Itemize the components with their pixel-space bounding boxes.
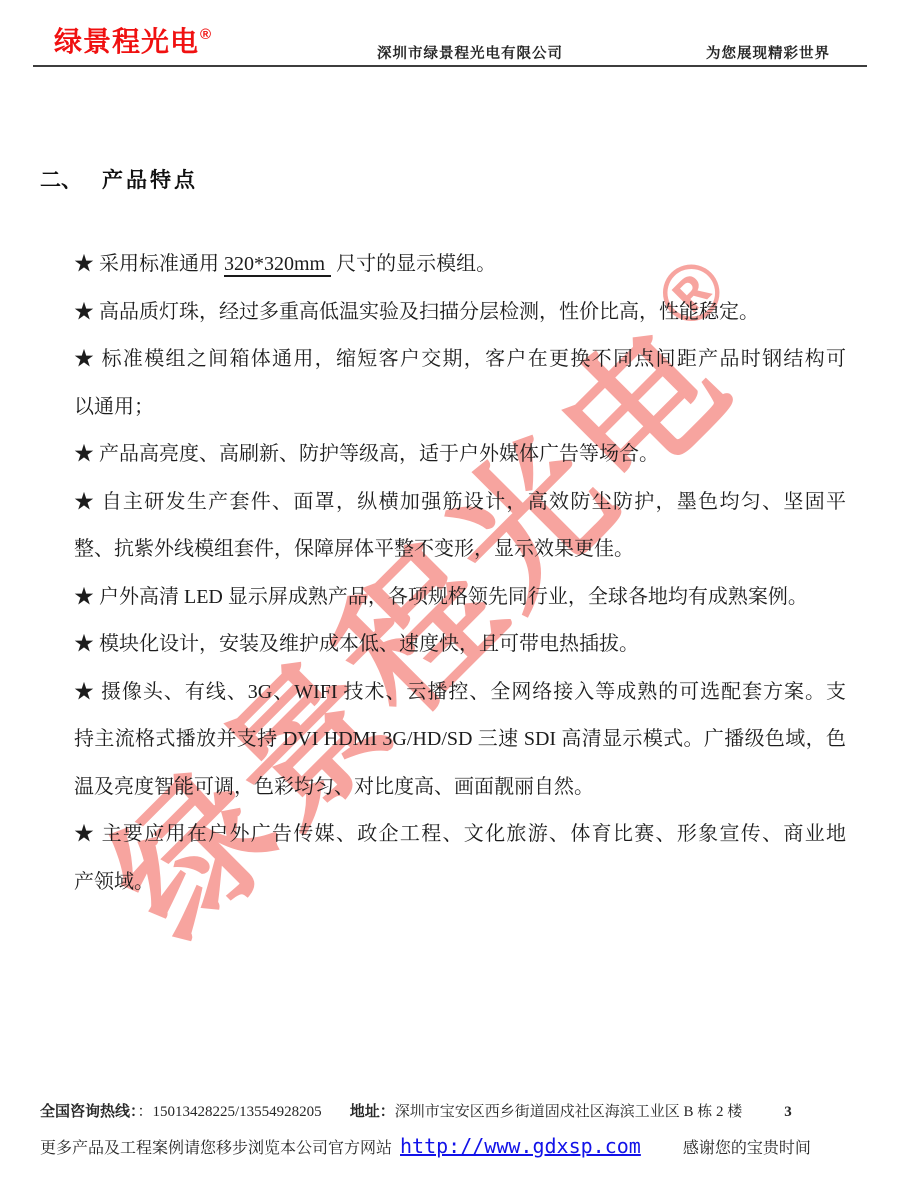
website-prompt: 更多产品及工程案例请您移步浏览本公司官方网站 <box>40 1140 392 1157</box>
feature-item-cabinet-universal-line2: 以通用； <box>74 384 846 432</box>
feature-item-modular-design: ★ 模块化设计，安装及维护成本低、速度快，且可带电热插拔。 <box>74 621 846 669</box>
underlined-dimension: 320*320mm <box>224 253 331 277</box>
feature-item-module-size: ★ 采用标准通用 320*320mm 尺寸的显示模组。 <box>74 241 846 289</box>
section-title: 二、产品特点 <box>40 164 198 194</box>
feature-item-lamp-quality: ★ 高品质灯珠，经过多重高低温实验及扫描分层检测，性价比高，性能稳定。 <box>74 289 846 337</box>
hotline-label: 全国咨询热线： <box>40 1104 138 1120</box>
feature-item-applications-line1: ★ 主要应用在户外广告传媒、政企工程、文化旅游、体育比赛、形象宣传、商业地 <box>74 811 846 859</box>
feature-item-kit-design-line1: ★ 自主研发生产套件、面罩，纵横加强筋设计，高效防尘防护，墨色均匀、坚固平 <box>74 479 846 527</box>
feature-item-connectivity-line1: ★ 摄像头、有线、3G、WIFI 技术、云播控、全网络接入等成熟的可选配套方案。… <box>74 669 846 717</box>
section-title-text: 产品特点 <box>102 168 198 192</box>
feature-item-applications-line2: 产领域。 <box>74 859 846 907</box>
website-link[interactable]: http://www.gdxsp.com <box>400 1134 641 1158</box>
company-logo: 绿景程光电® <box>54 20 212 60</box>
feature-list: ★ 采用标准通用 320*320mm 尺寸的显示模组。 ★ 高品质灯珠，经过多重… <box>74 241 846 906</box>
logo-text: 绿景程光电 <box>54 26 199 57</box>
feature-item-brightness: ★ 产品高亮度、高刷新、防护等级高，适于户外媒体广告等场合。 <box>74 431 846 479</box>
page-number: 3 <box>784 1104 792 1120</box>
section-number: 二、 <box>40 168 82 192</box>
registered-trademark-icon: ® <box>200 26 212 43</box>
feature-item-kit-design-line2: 整、抗紫外线模组套件，保障屏体平整不变形，显示效果更佳。 <box>74 526 846 574</box>
feature-item-cabinet-universal-line1: ★ 标准模组之间箱体通用，缩短客户交期，客户在更换不同点间距产品时钢结构可 <box>74 336 846 384</box>
address-value: 深圳市宝安区西乡街道固戍社区海滨工业区 B 栋 2 楼 <box>395 1104 743 1120</box>
feature-item-connectivity-line2: 持主流格式播放并支持 DVI HDMI 3G/HD/SD 三速 SDI 高清显示… <box>74 716 846 764</box>
header-company-name: 深圳市绿景程光电有限公司 <box>377 42 563 63</box>
header-divider <box>33 65 867 67</box>
footer-website-line: 更多产品及工程案例请您移步浏览本公司官方网站http://www.gdxsp.c… <box>40 1134 860 1158</box>
feature-item-connectivity-line3: 温及亮度智能可调，色彩均匀、对比度高、画面靓丽自然。 <box>74 764 846 812</box>
footer-contact-line: 全国咨询热线：：15013428225/13554928205地址：深圳市宝安区… <box>40 1100 860 1121</box>
feature-item-mature-product: ★ 户外高清 LED 显示屏成熟产品，各项规格领先同行业，全球各地均有成熟案例。 <box>74 574 846 622</box>
document-page: 绿景程光电® 绿景程光电® 深圳市绿景程光电有限公司 为您展现精彩世界 二、产品… <box>0 0 900 1181</box>
address-label: 地址： <box>350 1104 395 1120</box>
hotline-numbers: ：15013428225/13554928205 <box>138 1104 322 1120</box>
header-slogan: 为您展现精彩世界 <box>706 42 830 63</box>
thanks-text: 感谢您的宝贵时间 <box>683 1140 811 1157</box>
